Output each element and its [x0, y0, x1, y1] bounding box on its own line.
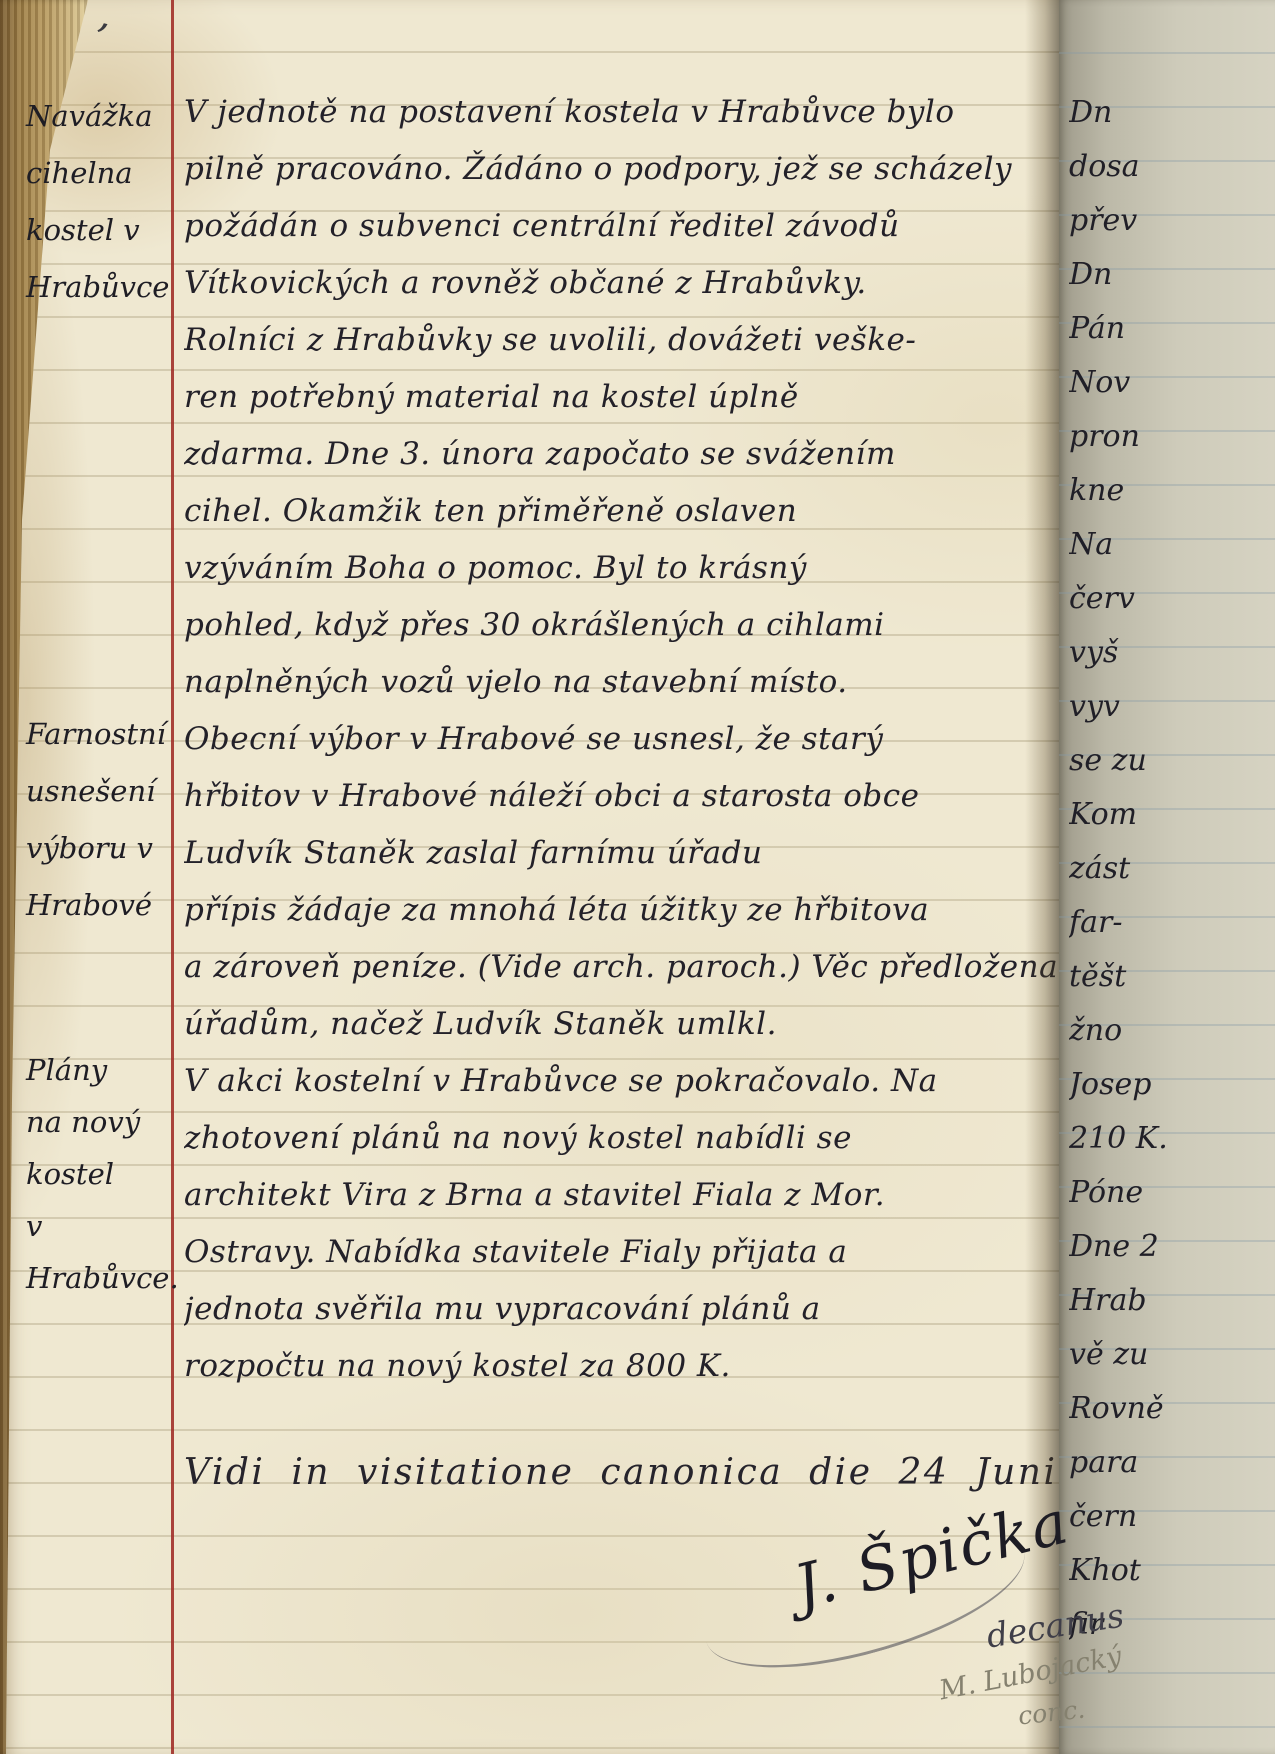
next-page-text-fragments: Dn dosa přev Dn Pán Nov pron kne Na červ…	[1069, 86, 1275, 1652]
text-line: Ostravy. Nabídka stavitele Fialy přijata…	[184, 1224, 1056, 1281]
text-line: V akci kostelní v Hrabůvce se pokračoval…	[184, 1053, 1056, 1110]
text-line: ren potřebný material na kostel úplně	[184, 369, 1056, 426]
text-line: hřbitov v Hrabové náleží obci a starosta…	[184, 768, 1056, 825]
text-fragment: para	[1069, 1436, 1275, 1490]
text-fragment: Dne 2	[1069, 1220, 1275, 1274]
next-page-edge: Dn dosa přev Dn Pán Nov pron kne Na červ…	[1059, 0, 1275, 1754]
text-line: jednota svěřila mu vypracování plánů a	[184, 1281, 1056, 1338]
margin-note-line: kostel v	[26, 202, 172, 259]
margin-note-brick-haul: Navážka cihelna kostel v Hrabůvce	[26, 88, 172, 316]
visitation-attestation: Vidi in visitatione canonica die 24 Juni…	[184, 1452, 1084, 1493]
text-line: požádán o subvenci centrální ředitel záv…	[184, 198, 1056, 255]
text-fragment: Na	[1069, 518, 1275, 572]
text-line: V jednotě na postavení kostela v Hrabůvc…	[184, 84, 1056, 141]
text-line: Obecní výbor v Hrabové se usnesl, že sta…	[184, 711, 1056, 768]
margin-note-line: kostel	[26, 1148, 172, 1200]
text-line: Rolníci z Hrabůvky se uvolili, dovážeti …	[184, 312, 1056, 369]
margin-note-line: cihelna	[26, 145, 172, 202]
text-line: pohled, když přes 30 okrášlených a cihla…	[184, 597, 1056, 654]
text-fragment: vyš	[1069, 626, 1275, 680]
text-fragment: Kom	[1069, 788, 1275, 842]
text-line: naplněných vozů vjelo na stavební místo.	[184, 654, 1056, 711]
text-fragment: čern	[1069, 1490, 1275, 1544]
text-fragment: Dn	[1069, 248, 1275, 302]
manuscript-scan: ʼ Navážka cihelna kostel v Hrabůvce Farn…	[0, 0, 1275, 1754]
text-line: rozpočtu na nový kostel za 800 K.	[184, 1338, 1056, 1395]
text-fragment: kne	[1069, 464, 1275, 518]
margin-note-line: výboru v	[26, 820, 172, 877]
text-line: a zároveň peníze. (Vide arch. paroch.) V…	[184, 939, 1056, 996]
text-fragment: přev	[1069, 194, 1275, 248]
text-fragment: Nov	[1069, 356, 1275, 410]
text-fragment: zást	[1069, 842, 1275, 896]
text-fragment: Khot	[1069, 1544, 1275, 1598]
margin-note-line: usnešení	[26, 763, 172, 820]
text-line: Ludvík Staněk zaslal farnímu úřadu	[184, 825, 1056, 882]
margin-note-line: v	[26, 1200, 172, 1252]
text-line: architekt Vira z Brna a stavitel Fiala z…	[184, 1167, 1056, 1224]
margin-note-line: Hrabůvce.	[26, 1252, 172, 1304]
chronicle-entry-text: V jednotě na postavení kostela v Hrabůvc…	[184, 84, 1056, 1395]
text-fragment: vyv	[1069, 680, 1275, 734]
text-fragment: dosa	[1069, 140, 1275, 194]
text-fragment: far-	[1069, 896, 1275, 950]
text-line: vzýváním Boha o pomoc. Byl to krásný	[184, 540, 1056, 597]
text-fragment: žno	[1069, 1004, 1275, 1058]
text-fragment: červ	[1069, 572, 1275, 626]
margin-note-line: Navážka	[26, 88, 172, 145]
text-line: zdarma. Dne 3. února započato se svážení…	[184, 426, 1056, 483]
text-fragment: pron	[1069, 410, 1275, 464]
text-fragment: vě zu	[1069, 1328, 1275, 1382]
margin-note-line: Hrabůvce	[26, 259, 172, 316]
text-fragment: Hrab	[1069, 1274, 1275, 1328]
margin-note-parish-resolution: Farnostní usnešení výboru v Hrabové	[26, 706, 172, 934]
text-fragment: Josep	[1069, 1058, 1275, 1112]
text-fragment: Póne	[1069, 1166, 1275, 1220]
text-line: Vítkovických a rovněž občané z Hrabůvky.	[184, 255, 1056, 312]
text-fragment: 210 K.	[1069, 1112, 1275, 1166]
text-line: cihel. Okamžik ten přiměřeně oslaven	[184, 483, 1056, 540]
text-fragment: těšt	[1069, 950, 1275, 1004]
text-fragment: Dn	[1069, 86, 1275, 140]
text-fragment: se zu	[1069, 734, 1275, 788]
text-fragment: Rovně	[1069, 1382, 1275, 1436]
text-fragment: Pán	[1069, 302, 1275, 356]
text-line: přípis žádaje za mnohá léta úžitky ze hř…	[184, 882, 1056, 939]
margin-note-line: Farnostní	[26, 706, 172, 763]
text-line: úřadům, načež Ludvík Staněk umlkl.	[184, 996, 1056, 1053]
margin-note-line: na nový	[26, 1096, 172, 1148]
text-line: pilně pracováno. Žádáno o podpory, jež s…	[184, 141, 1056, 198]
margin-note-line: Plány	[26, 1044, 172, 1096]
text-line: zhotovení plánů na nový kostel nabídli s…	[184, 1110, 1056, 1167]
margin-note-new-church-plans: Plány na nový kostel v Hrabůvce.	[26, 1044, 172, 1304]
margin-note-line: Hrabové	[26, 877, 172, 934]
